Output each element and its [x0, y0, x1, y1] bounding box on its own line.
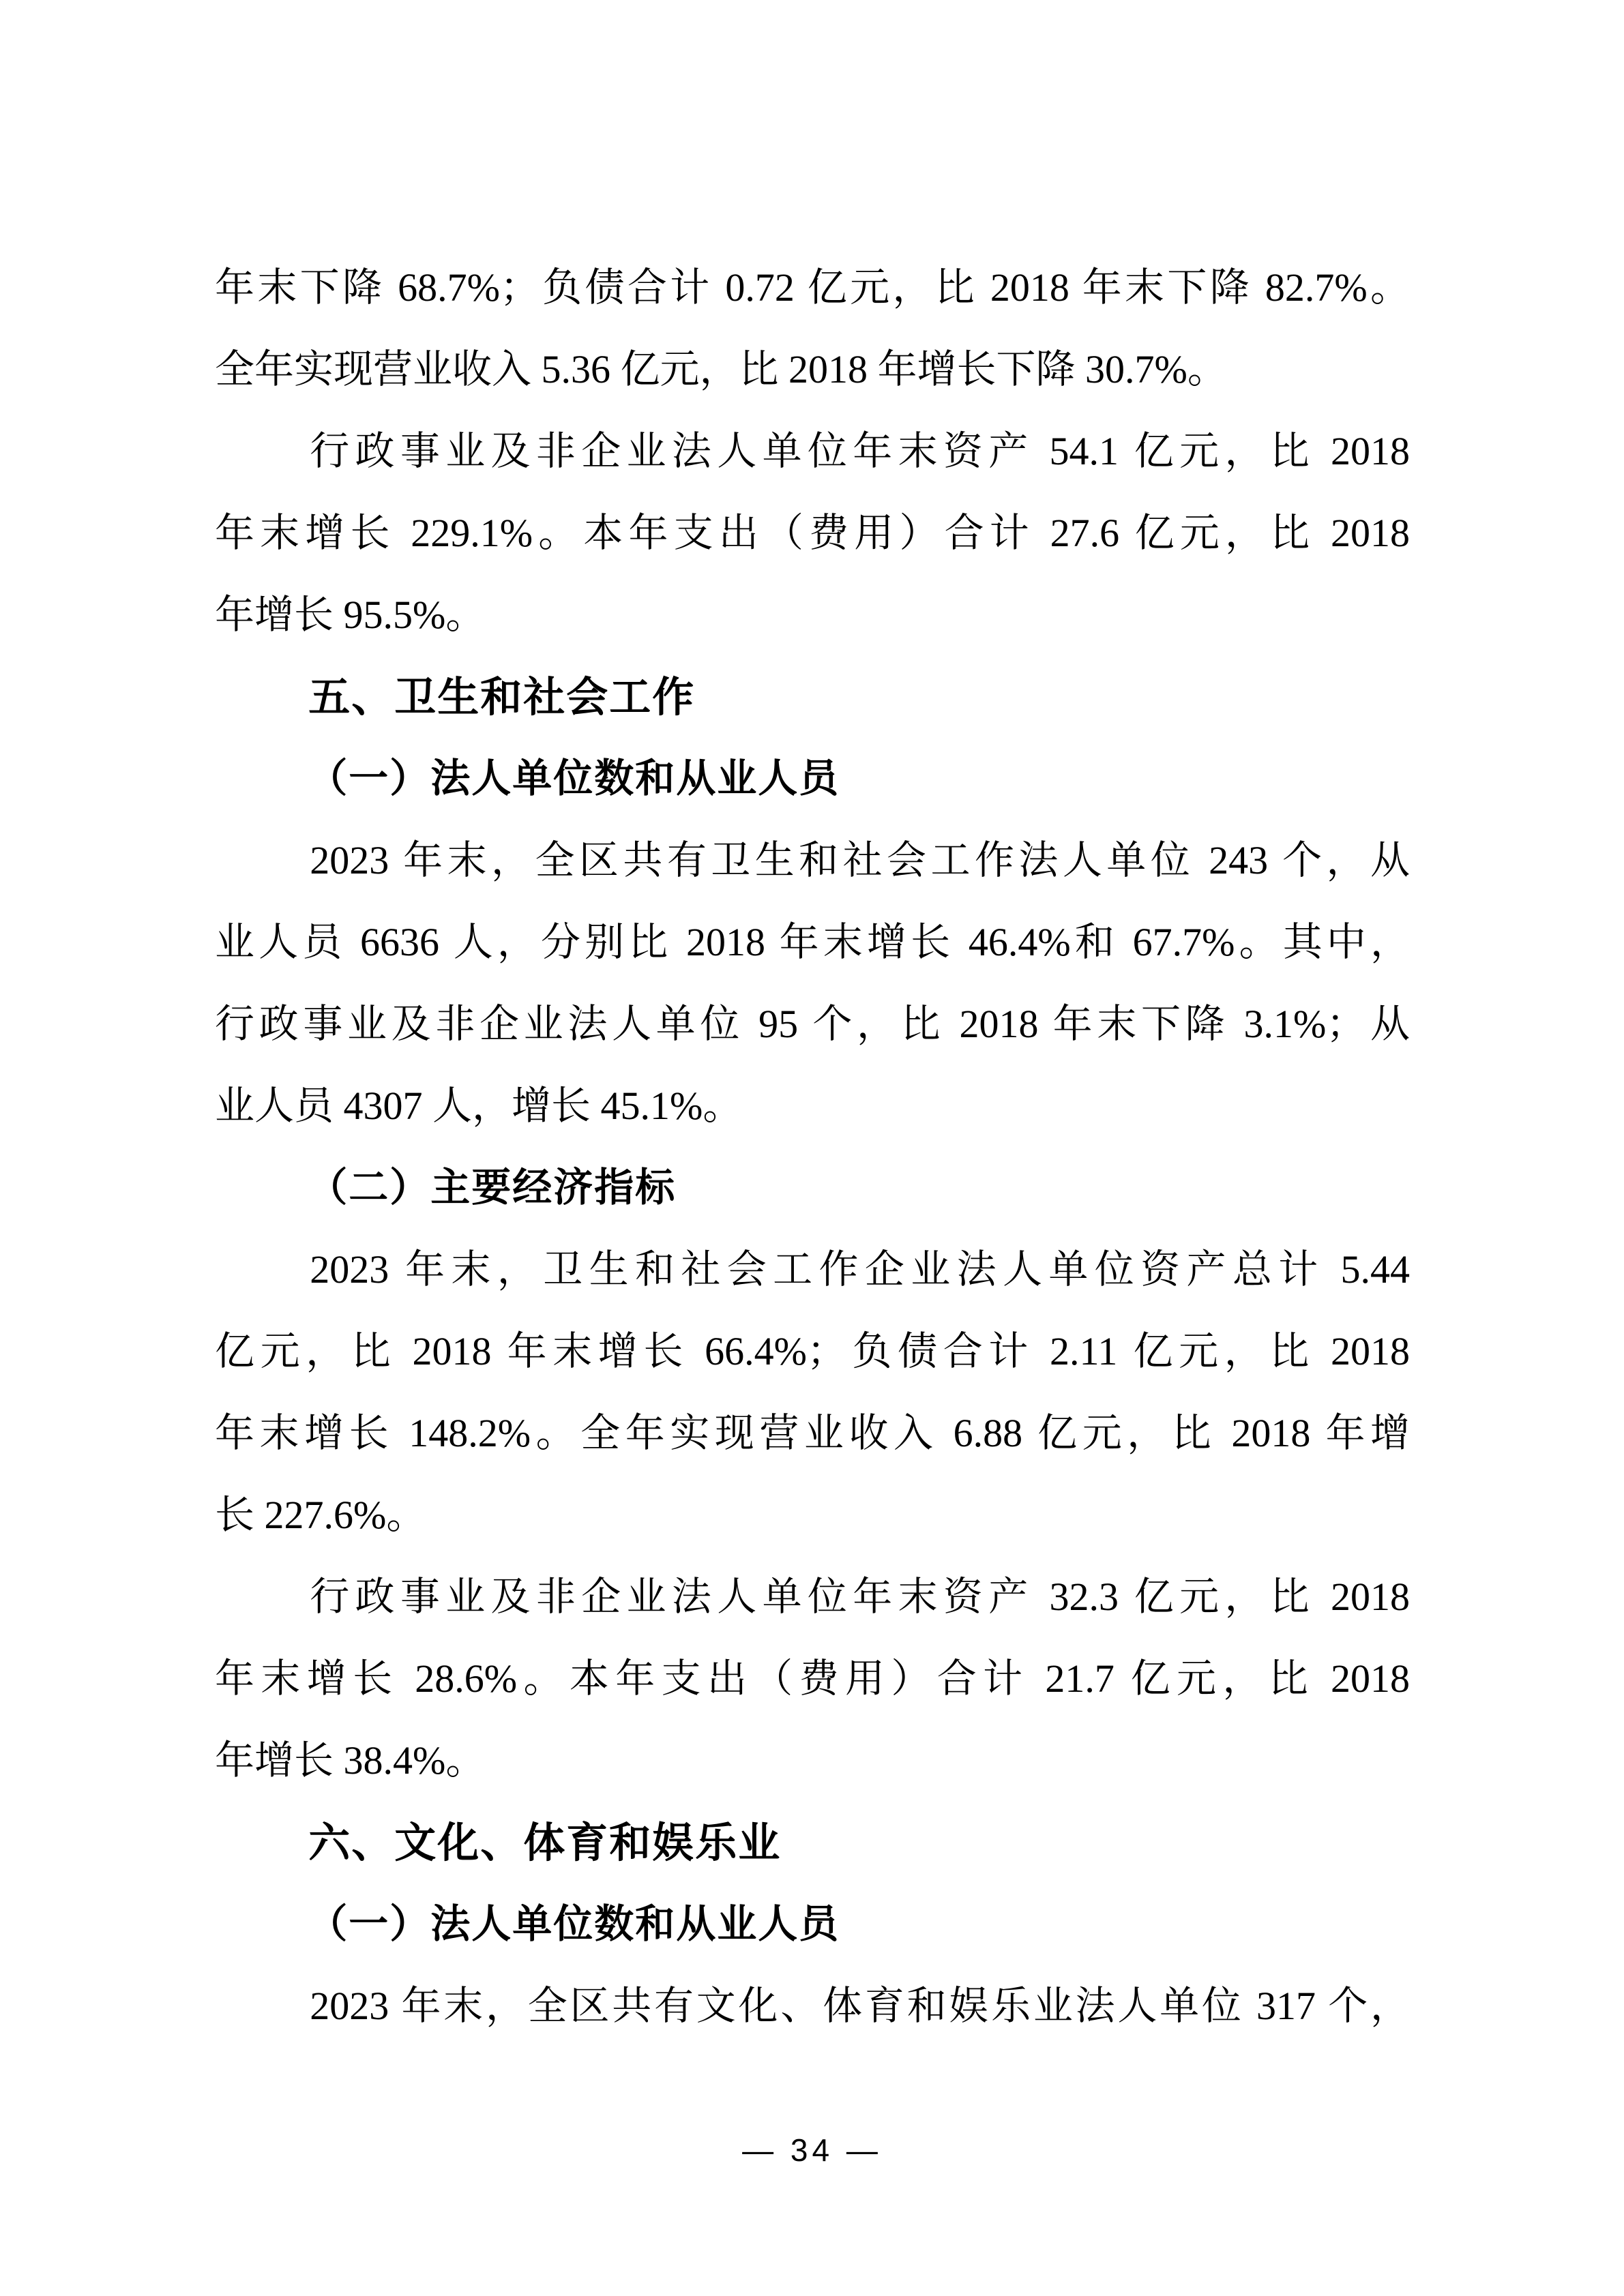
- paragraph-line: 年末增长 229.1%。本年支出（费用）合计 27.6 亿元，比 2018: [215, 492, 1410, 574]
- page-number: — 34 —: [742, 2132, 882, 2168]
- paragraph-line: 年增长 95.5%。: [215, 574, 1410, 656]
- subsection-heading: （一）法人单位数和从业人员: [215, 738, 1410, 820]
- paragraph-line: 年增长 38.4%。: [215, 1720, 1410, 1802]
- document-page: 年末下降 68.7%；负债合计 0.72 亿元，比 2018 年末下降 82.7…: [0, 0, 1624, 2296]
- paragraph-line: 年末下降 68.7%；负债合计 0.72 亿元，比 2018 年末下降 82.7…: [215, 247, 1410, 329]
- section-heading: 五、卫生和社会工作: [215, 656, 1410, 738]
- paragraph-line: 亿元，比 2018 年末增长 66.4%；负债合计 2.11 亿元，比 2018: [215, 1311, 1410, 1392]
- paragraph-line: 2023 年末，全区共有卫生和社会工作法人单位 243 个，从: [215, 820, 1410, 901]
- paragraph-line: 全年实现营业收入 5.36 亿元，比 2018 年增长下降 30.7%。: [215, 329, 1410, 411]
- page-footer: — 34 —: [0, 2126, 1624, 2174]
- paragraph-line: 长 227.6%。: [215, 1474, 1410, 1556]
- paragraph-line: 行政事业及非企业法人单位年末资产 54.1 亿元，比 2018: [215, 411, 1410, 492]
- paragraph-line: 行政事业及非企业法人单位年末资产 32.3 亿元，比 2018: [215, 1556, 1410, 1638]
- subsection-heading: （一）法人单位数和从业人员: [215, 1883, 1410, 1965]
- paragraph-line: 业人员 4307 人，增长 45.1%。: [215, 1065, 1410, 1147]
- paragraph-line: 行政事业及非企业法人单位 95 个，比 2018 年末下降 3.1%；从: [215, 983, 1410, 1065]
- subsection-heading: （二）主要经济指标: [215, 1147, 1410, 1229]
- paragraph-line: 年末增长 148.2%。全年实现营业收入 6.88 亿元，比 2018 年增: [215, 1392, 1410, 1474]
- paragraph-line: 年末增长 28.6%。本年支出（费用）合计 21.7 亿元，比 2018: [215, 1638, 1410, 1720]
- document-body: 年末下降 68.7%；负债合计 0.72 亿元，比 2018 年末下降 82.7…: [215, 247, 1410, 2047]
- paragraph-line: 2023 年末，卫生和社会工作企业法人单位资产总计 5.44: [215, 1229, 1410, 1311]
- section-heading: 六、文化、体育和娱乐业: [215, 1802, 1410, 1883]
- paragraph-line: 业人员 6636 人，分别比 2018 年末增长 46.4%和 67.7%。其中…: [215, 901, 1410, 983]
- paragraph-line: 2023 年末，全区共有文化、体育和娱乐业法人单位 317 个，: [215, 1965, 1410, 2047]
